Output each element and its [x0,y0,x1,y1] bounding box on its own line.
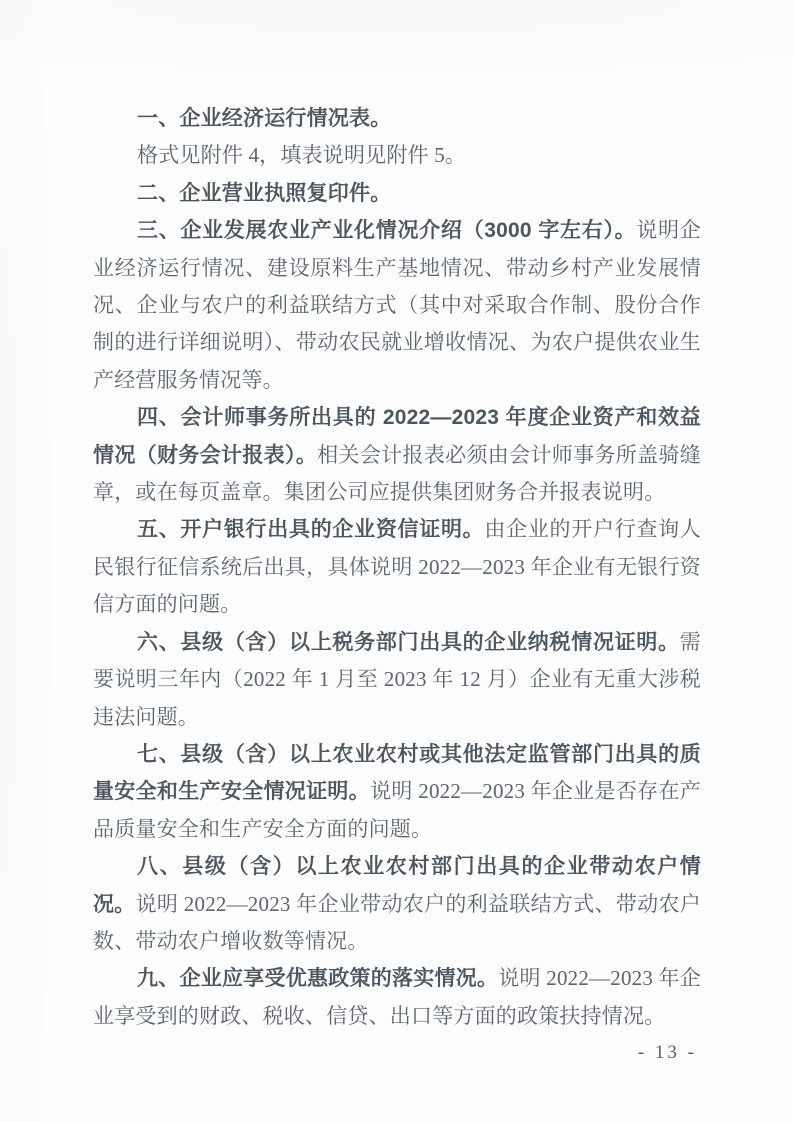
paragraph-item-2: 格式见附件 4，填表说明见附件 5。 [93,137,701,174]
paragraph-item-7: 六、县级（含）以上税务部门出具的企业纳税情况证明。需要说明三年内（2022 年 … [93,624,701,736]
paragraph-heading: 六、县级（含）以上税务部门出具的企业纳税情况证明。 [137,631,680,654]
paragraph-item-9: 八、县级（含）以上农业农村部门出具的企业带动农户情况。说明 2022—2023 … [93,848,701,960]
paragraph-item-3: 二、企业营业执照复印件。 [93,175,701,212]
paragraph-heading: 二、企业营业执照复印件。 [137,182,391,205]
paragraph-item-8: 七、县级（含）以上农业农村或其他法定监管部门出具的质量安全和生产安全情况证明。说… [93,736,701,848]
paragraph-text: 说明企业经济运行情况、建设原料生产基地情况、带动乡村产业发展情况、企业与农户的利… [93,218,701,392]
paragraph-heading: 三、企业发展农业产业化情况介绍（3000 字左右）。 [137,219,636,242]
page-number: - 13 - [638,1042,697,1064]
document-body: 一、企业经济运行情况表。 格式见附件 4，填表说明见附件 5。 二、企业营业执照… [93,100,701,1035]
paragraph-item-4: 三、企业发展农业产业化情况介绍（3000 字左右）。说明企业经济运行情况、建设原… [93,212,701,399]
paragraph-text: 格式见附件 4，填表说明见附件 5。 [137,143,466,167]
paragraph-item-1: 一、企业经济运行情况表。 [93,100,701,137]
document-page: 一、企业经济运行情况表。 格式见附件 4，填表说明见附件 5。 二、企业营业执照… [0,0,793,1122]
paragraph-item-6: 五、开户银行出具的企业资信证明。由企业的开户行查询人民银行征信系统后出具，具体说… [93,511,701,623]
paragraph-heading: 一、企业经济运行情况表。 [137,107,391,130]
paragraph-heading: 九、企业应享受优惠政策的落实情况。 [137,967,498,990]
paragraph-item-5: 四、会计师事务所出具的 2022—2023 年度企业资产和效益情况（财务会计报表… [93,399,701,511]
paragraph-text: 说明 2022—2023 年企业带动农户的利益联结方式、带动农户数、带动农户增收… [93,892,701,953]
paragraph-heading: 五、开户银行出具的企业资信证明。 [137,518,484,541]
paragraph-item-10: 九、企业应享受优惠政策的落实情况。说明 2022—2023 年企业享受到的财政、… [93,960,701,1035]
